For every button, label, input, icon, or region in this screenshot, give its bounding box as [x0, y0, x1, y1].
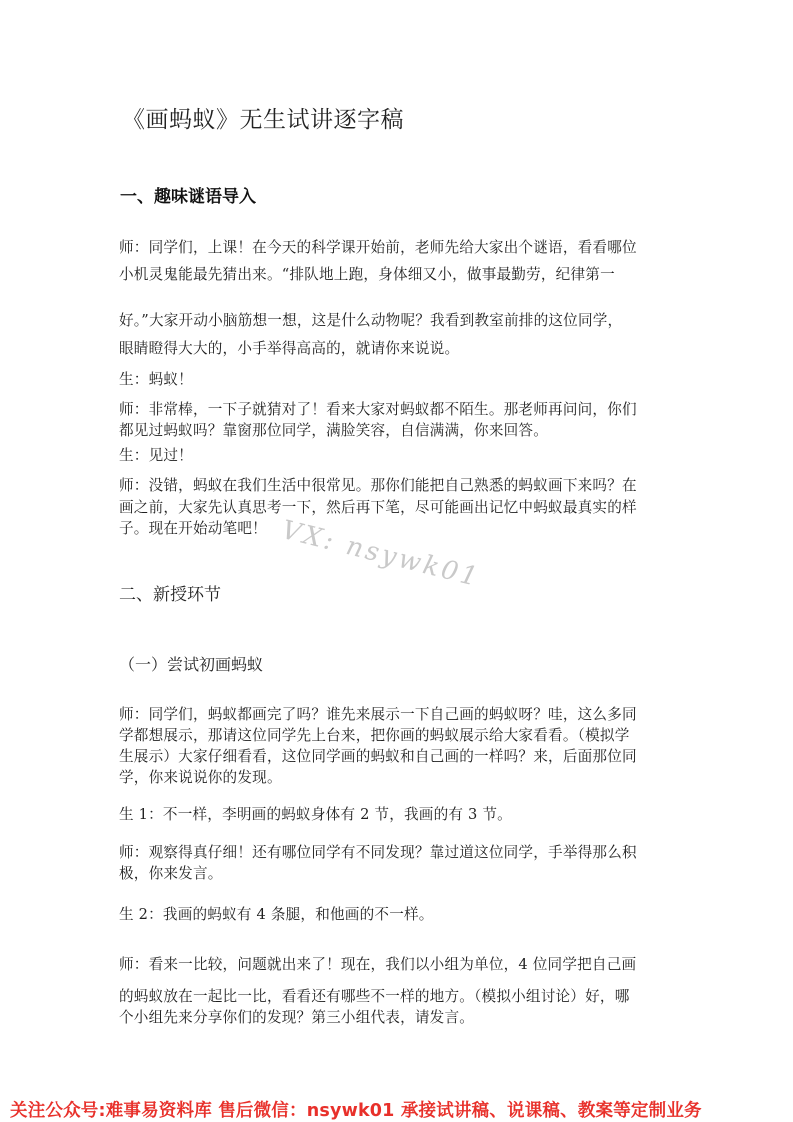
paragraph-line: 小机灵鬼能最先猜出来。“排队地上跑，身体细又小，做事最勤劳，纪律第一: [119, 263, 615, 284]
paragraph-line: 学都想展示，那请这位同学先上台来，把你画的蚂蚁展示给大家看看。（模拟学: [119, 724, 629, 745]
paragraph-line: 师：观察得真仔细！还有哪位同学有不同发现？靠过道这位同学，手举得那么积: [119, 841, 637, 862]
student-answer: 生 1：不一样，李明画的蚂蚁身体有 2 节，我画的有 3 节。: [119, 803, 512, 824]
paragraph-line: 都见过蚂蚁吗？靠窗那位同学，满脸笑容，自信满满，你来回答。: [119, 419, 548, 440]
section-heading-new-lesson: 二、新授环节: [119, 580, 221, 605]
paragraph-line: 师：没错，蚂蚁在我们生活中很常见。那你们能把自己熟悉的蚂蚁画下来吗？在: [119, 474, 637, 495]
document-title: 《画蚂蚁》无生试讲逐字稿: [122, 101, 404, 134]
student-answer: 生：蚂蚁！: [119, 368, 193, 389]
paragraph-line: 画之前，大家先认真思考一下，然后再下笔，尽可能画出记忆中蚂蚁最真实的样: [119, 496, 637, 517]
paragraph-line: 生展示）大家仔细看看，这位同学画的蚂蚁和自己画的一样吗？来，后面那位同: [119, 745, 637, 766]
section-heading-riddle-intro: 一、趣味谜语导入: [120, 182, 256, 207]
paragraph-line: 学，你来说说你的发现。: [119, 766, 282, 787]
footer-promo-banner: 关注公众号:难事易资料库 售后微信：nsywk01 承接试讲稿、说课稿、教案等定…: [10, 1097, 702, 1122]
paragraph-line: 个小组先来分享你们的发现？第三小组代表，请发言。: [119, 1006, 474, 1027]
paragraph-line: 子。现在开始动笔吧！: [119, 517, 267, 538]
student-answer: 生 2：我画的蚂蚁有 4 条腿，和他画的不一样。: [119, 903, 434, 924]
paragraph-line: 师：非常棒，一下子就猜对了！看来大家对蚂蚁都不陌生。那老师再问问，你们: [119, 398, 637, 419]
paragraph-line: 师：看来一比较，问题就出来了！现在，我们以小组为单位，4 位同学把自己画: [119, 953, 636, 974]
student-answer: 生：见过！: [119, 444, 193, 465]
paragraph-line: 眼睛瞪得大大的，小手举得高高的，就请你来说说。: [119, 337, 459, 358]
paragraph-line: 师：同学们，蚂蚁都画完了吗？谁先来展示一下自己画的蚂蚁呀？哇，这么多同: [119, 703, 637, 724]
paragraph-line: 极，你来发言。: [119, 862, 223, 883]
paragraph-line: 的蚂蚁放在一起比一比，看看还有哪些不一样的地方。（模拟小组讨论）好，哪: [119, 985, 629, 1006]
paragraph-line: 师：同学们，上课！在今天的科学课开始前，老师先给大家出个谜语，看看哪位: [119, 236, 637, 257]
paragraph-line: 好。”大家开动小脑筋想一想，这是什么动物呢？我看到教室前排的这位同学，: [119, 309, 622, 330]
subsection-heading-first-drawing: （一）尝试初画蚂蚁: [119, 652, 263, 675]
watermark-text: VX: nsywk01: [279, 515, 483, 593]
